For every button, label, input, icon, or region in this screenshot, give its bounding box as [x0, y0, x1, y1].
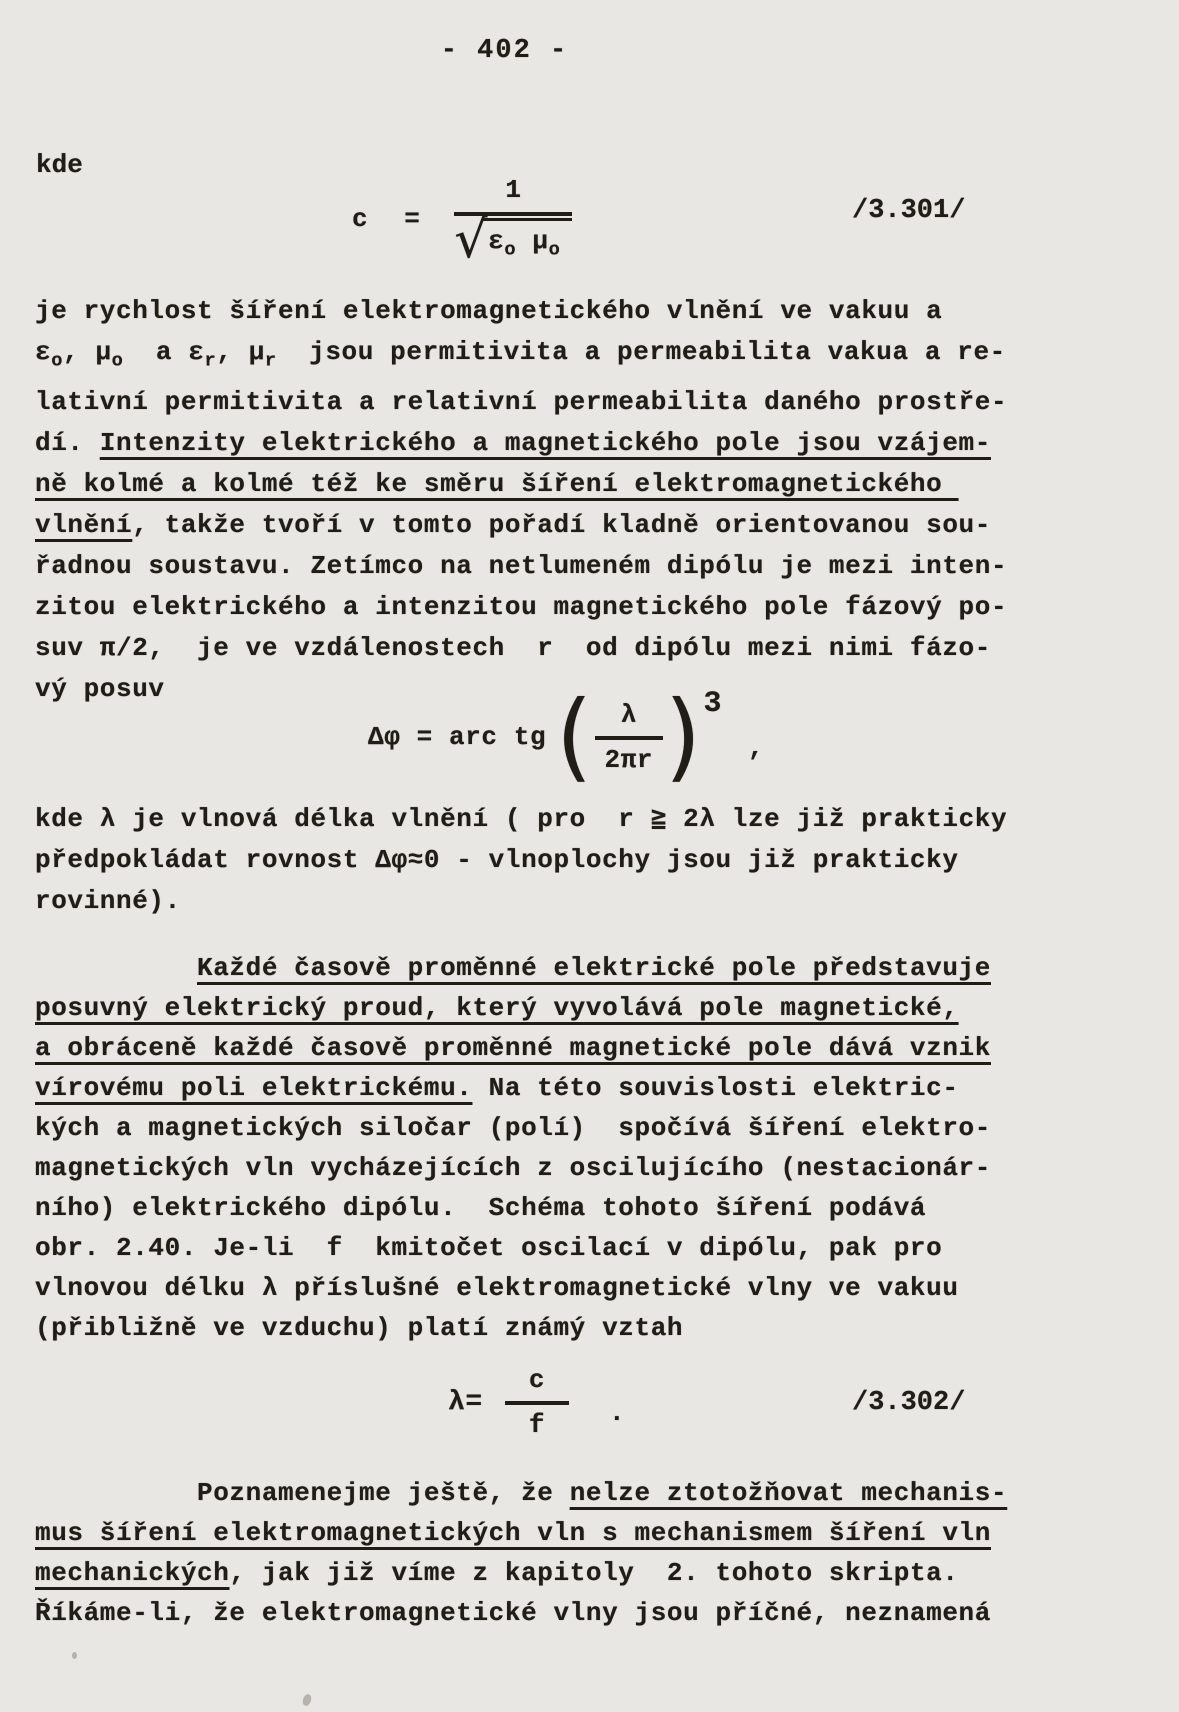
equation-number-3-301: /3.301/ — [852, 196, 965, 226]
eq2-numerator: λ — [595, 700, 663, 736]
text-segment: předpokládat rovnost Δφ≈0 - vlnoplochy j… — [35, 845, 959, 875]
text-segment: r — [204, 350, 216, 372]
text-segment — [35, 953, 197, 983]
text-segment: a — [123, 337, 188, 367]
text-segment: Říkáme-li, že elektromagnetické vlny jso… — [35, 1598, 991, 1628]
text-segment: ního) elektrického dipólu. Schéma tohoto… — [35, 1193, 926, 1223]
text-segment: ε — [35, 337, 51, 367]
text-segment: obr. 2.40. Je-li f kmitočet oscilací v d… — [35, 1233, 942, 1263]
text-segment: o — [51, 350, 63, 372]
text-line: vlnovou délku λ příslušné elektromagneti… — [35, 1268, 991, 1308]
underlined-text: vírovému poli elektrickému. — [35, 1073, 472, 1103]
text-line: kde λ je vlnová délka vlnění ( pro r ≧ 2… — [35, 799, 1007, 840]
text-line: dí. Intenzity elektrického a magnetickéh… — [35, 423, 1007, 464]
eq1-fraction: 1 √ εo μo — [454, 175, 572, 262]
underlined-text: mus šíření elektromagnetických vln s mec… — [35, 1518, 991, 1548]
underlined-text: ně kolmé a kolmé též ke směru šíření ele… — [35, 469, 959, 499]
equation-phase-shift: Δφ = arc tg ( λ 2πr ) 3 , — [368, 697, 764, 777]
paper-speck — [301, 1693, 313, 1707]
text-segment: kých a magnetických siločar (polí) spočí… — [35, 1113, 991, 1143]
text-line: Říkáme-li, že elektromagnetické vlny jso… — [35, 1593, 1007, 1633]
text-segment: kde λ je vlnová délka vlnění ( pro r ≧ 2… — [35, 804, 1007, 834]
text-segment: μ — [249, 337, 265, 367]
text-line: lativní permitivita a relativní permeabi… — [35, 382, 1007, 423]
text-line: (přibližně ve vzduchu) platí známý vztah — [35, 1308, 991, 1348]
text-line: Poznamenejme ještě, že nelze ztotožňovat… — [35, 1473, 1007, 1513]
underlined-text: a obráceně každé časově proměnné magneti… — [35, 1033, 991, 1063]
text-line: rovinné). — [35, 881, 1007, 922]
kde-label: kde — [36, 150, 83, 180]
close-paren: ) — [665, 695, 702, 779]
text-segment: suv π/2, je ve vzdálenostech r od dipólu… — [35, 633, 991, 663]
eq2-fraction: λ 2πr — [595, 700, 663, 775]
text-segment: , takže tvoří v tomto pořadí kladně orie… — [132, 510, 991, 540]
eq1-lhs: c — [352, 204, 368, 234]
text-line: εo, μo a εr, μr jsou permitivita a perme… — [35, 332, 1007, 382]
eq2-lhs: Δφ = arc tg — [368, 722, 546, 752]
text-segment: , jak již víme z kapitoly 2. tohoto skri… — [229, 1558, 958, 1588]
eq3-denominator: f — [529, 1405, 545, 1440]
eq1-equals: = — [404, 204, 420, 234]
paragraph-wavelength-note: kde λ je vlnová délka vlnění ( pro r ≧ 2… — [35, 799, 1007, 922]
text-segment: μ — [95, 337, 111, 367]
eq2-comma: , — [748, 733, 764, 763]
text-segment: o — [549, 239, 561, 261]
text-line: a obráceně každé časově proměnné magneti… — [35, 1028, 991, 1068]
underlined-text: vlnění — [35, 510, 132, 540]
text-line: je rychlost šíření elektromagnetického v… — [35, 291, 1007, 332]
eq1-denominator: √ εo μo — [454, 216, 572, 262]
underlined-text: Intenzity elektrického a magnetického po… — [100, 428, 991, 458]
text-line: obr. 2.40. Je-li f kmitočet oscilací v d… — [35, 1228, 991, 1268]
text-segment — [516, 226, 532, 256]
eq1-radicand: εo μo — [483, 218, 572, 261]
eq2-denominator: 2πr — [605, 740, 654, 775]
equation-3-302: λ= c f . — [448, 1365, 625, 1440]
text-segment: jsou permitivita a permeabilita vakua a … — [277, 337, 1006, 367]
open-paren: ( — [556, 695, 593, 779]
text-segment: zitou elektrického a intenzitou magnetic… — [35, 592, 1007, 622]
text-line: mus šíření elektromagnetických vln s mec… — [35, 1513, 1007, 1553]
text-line: Každé časově proměnné elektrické pole př… — [35, 948, 991, 988]
text-segment: ε — [488, 226, 504, 256]
text-segment: μ — [532, 226, 548, 256]
paragraph-speed-of-light: je rychlost šíření elektromagnetického v… — [35, 291, 1007, 710]
paragraph-displacement-current: Každé časově proměnné elektrické pole př… — [35, 948, 991, 1348]
equation-3-301: c = 1 √ εo μo — [352, 175, 572, 262]
underlined-text: Každé časově proměnné elektrické pole př… — [197, 953, 991, 983]
text-segment: o — [504, 239, 516, 261]
text-segment: r — [265, 350, 277, 372]
text-line: posuvný elektrický proud, který vyvolává… — [35, 988, 991, 1028]
text-line: magnetických vln vycházejících z osciluj… — [35, 1148, 991, 1188]
paragraph-mechanism-note: Poznamenejme ještě, že nelze ztotožňovat… — [35, 1473, 1007, 1633]
text-segment: je rychlost šíření elektromagnetického v… — [35, 296, 942, 326]
text-segment: rovinné). — [35, 886, 181, 916]
text-line: vlnění, takže tvoří v tomto pořadí kladn… — [35, 505, 1007, 546]
text-line: ního) elektrického dipólu. Schéma tohoto… — [35, 1188, 991, 1228]
scanned-page: - 402 - kde c = 1 √ εo μo /3.301/ je ryc… — [0, 0, 1179, 1712]
text-segment: řadnou soustavu. Zetímco na netlumeném d… — [35, 551, 1007, 581]
text-segment: Poznamenejme ještě, že — [35, 1478, 570, 1508]
underlined-text: nelze ztotožňovat mechanis- — [570, 1478, 1007, 1508]
text-segment: o — [112, 350, 124, 372]
text-line: řadnou soustavu. Zetímco na netlumeném d… — [35, 546, 1007, 587]
text-line: kých a magnetických siločar (polí) spočí… — [35, 1108, 991, 1148]
text-segment: vlnovou délku λ příslušné elektromagneti… — [35, 1273, 959, 1303]
text-segment: magnetických vln vycházejících z osciluj… — [35, 1153, 991, 1183]
text-segment: lativní permitivita a relativní permeabi… — [35, 387, 1007, 417]
eq3-lhs: λ= — [448, 1387, 483, 1418]
eq3-numerator: c — [505, 1365, 569, 1401]
text-segment: vý posuv — [35, 674, 165, 704]
text-segment: , — [63, 337, 95, 367]
eq1-numerator: 1 — [461, 175, 565, 212]
paper-speck — [72, 1652, 77, 1659]
text-line: vírovému poli elektrickému. Na této souv… — [35, 1068, 991, 1108]
text-line: ně kolmé a kolmé též ke směru šíření ele… — [35, 464, 1007, 505]
eq3-fraction: c f — [505, 1365, 569, 1440]
underlined-text: posuvný elektrický proud, který vyvolává… — [35, 993, 959, 1023]
text-segment: , — [216, 337, 248, 367]
equation-number-3-302: /3.302/ — [852, 1388, 965, 1418]
text-segment: (přibližně ve vzduchu) platí známý vztah — [35, 1313, 683, 1343]
text-line: suv π/2, je ve vzdálenostech r od dipólu… — [35, 628, 1007, 669]
text-segment: ε — [188, 337, 204, 367]
text-line: mechanických, jak již víme z kapitoly 2.… — [35, 1553, 1007, 1593]
underlined-text: mechanických — [35, 1558, 229, 1588]
page-number: - 402 - — [0, 36, 1094, 66]
text-segment: dí. — [35, 428, 100, 458]
eq3-dot: . — [609, 1398, 625, 1428]
text-segment: Na této souvislosti elektric- — [472, 1073, 958, 1103]
eq2-exponent: 3 — [703, 687, 722, 721]
text-line: zitou elektrického a intenzitou magnetic… — [35, 587, 1007, 628]
text-line: předpokládat rovnost Δφ≈0 - vlnoplochy j… — [35, 840, 1007, 881]
